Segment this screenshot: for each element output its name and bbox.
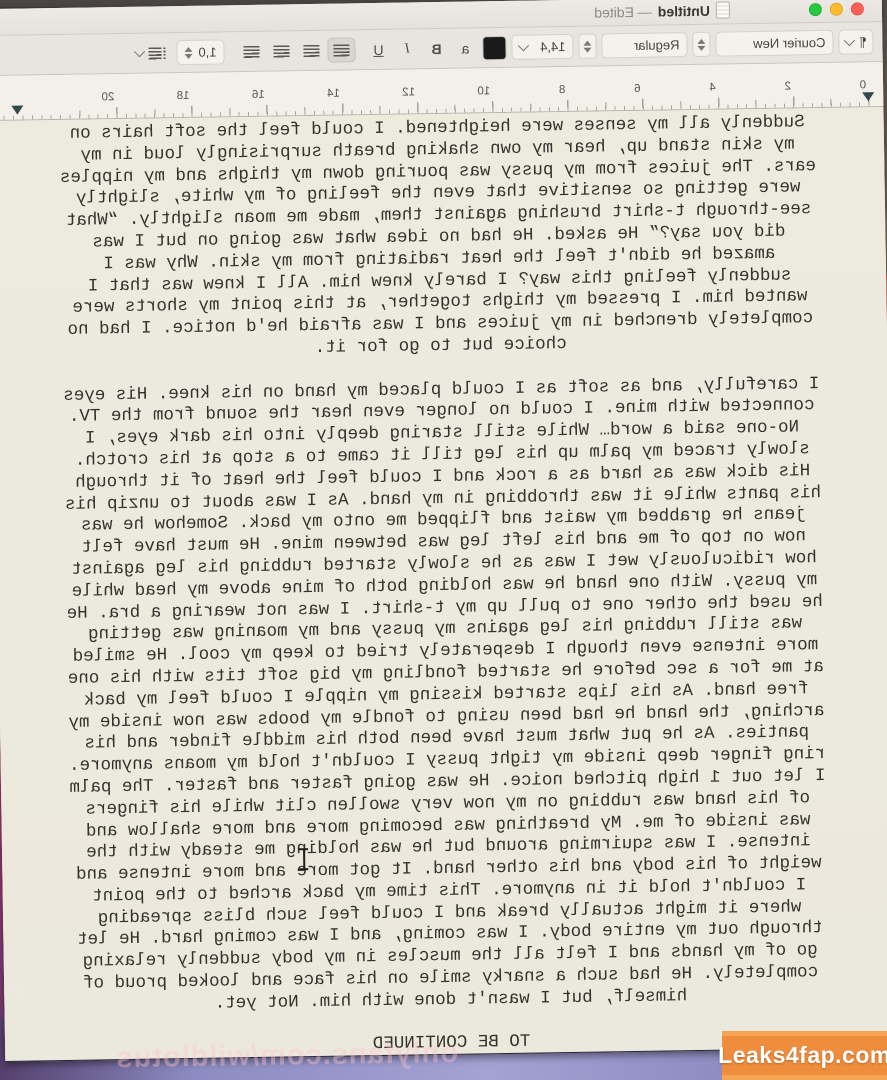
stepper-up-icon [184,46,192,51]
pilcrow-icon: ¶ [859,34,866,49]
bulleted-list-icon [148,47,165,59]
document-text: Suddenly all my senses were heightened. … [0,111,887,1062]
chevron-down-icon [518,40,529,51]
document-proxy-icon [716,1,730,18]
text-color-well[interactable] [482,35,506,59]
chevron-down-icon [844,35,855,46]
align-left-icon [333,44,349,56]
edited-status: — Edited [594,3,652,20]
text-editing-area[interactable]: Suddenly all my senses were heightened. … [0,107,887,1061]
textedit-window: Untitled — Edited ¶ Courier New Regular … [0,0,887,1062]
minimize-button[interactable] [830,3,843,16]
ruler-number: 14 [267,83,343,114]
zoom-button[interactable] [809,3,822,16]
ruler-number: 20 [42,86,118,117]
align-center-button[interactable] [297,38,325,63]
stepper-up-icon [583,40,591,45]
leaks4fap-label: Leaks4fap.com [718,1042,887,1069]
line-spacing-control[interactable]: 1,0 [176,39,224,65]
leaks4fap-badge: Leaks4fap.com [722,1031,887,1080]
ruler-number: 6 [568,78,644,109]
ibeam-cursor-icon [303,849,305,869]
align-justify-button[interactable] [237,39,265,64]
left-margin-marker[interactable] [862,92,874,101]
ruler-number: 0 [794,74,870,105]
ruler-number: 4 [643,77,719,108]
ruler-number: 2 [719,75,795,106]
paragraph-styles-menu[interactable]: ¶ [838,29,873,55]
stepper-down-icon [697,45,705,50]
ruler-number: 18 [117,85,193,116]
typeface-popup[interactable]: Regular [601,32,687,58]
highlight-color-button[interactable]: a [453,35,477,60]
font-family-value: Courier New [753,35,825,51]
stepper-down-icon [184,53,192,58]
align-right-icon [273,45,289,57]
stepper-down-icon [583,47,591,52]
bold-button[interactable]: B [424,36,448,61]
font-family-popup[interactable]: Courier New [715,30,833,57]
list-style-menu[interactable] [135,40,165,65]
traffic-lights [809,2,864,16]
close-button[interactable] [851,2,864,15]
underline-button[interactable]: U [366,37,390,62]
right-margin-marker[interactable] [11,106,23,115]
italic-button[interactable]: I [395,36,419,61]
line-spacing-value: 1,0 [198,45,216,60]
ruler-number: 8 [493,79,569,110]
align-left-button[interactable] [327,37,355,62]
align-center-icon [303,44,319,56]
typeface-stepper[interactable] [578,34,596,59]
ruler-number: 10 [418,80,494,111]
ruler-number: 16 [192,84,268,115]
edge-text-fragment: .mp [1,982,24,997]
chevron-down-icon [134,46,145,57]
align-justify-icon [243,45,259,57]
font-size-combo[interactable]: 14,4 [511,34,573,60]
font-size-value: 14,4 [540,39,566,54]
align-right-button[interactable] [267,38,295,63]
font-family-stepper[interactable] [692,32,710,57]
typeface-value: Regular [634,37,680,53]
document-title: Untitled [658,2,710,19]
window-title: Untitled — Edited [594,1,730,20]
stepper-up-icon [697,38,705,43]
ruler-number: 12 [343,81,419,112]
alignment-group [237,37,355,64]
